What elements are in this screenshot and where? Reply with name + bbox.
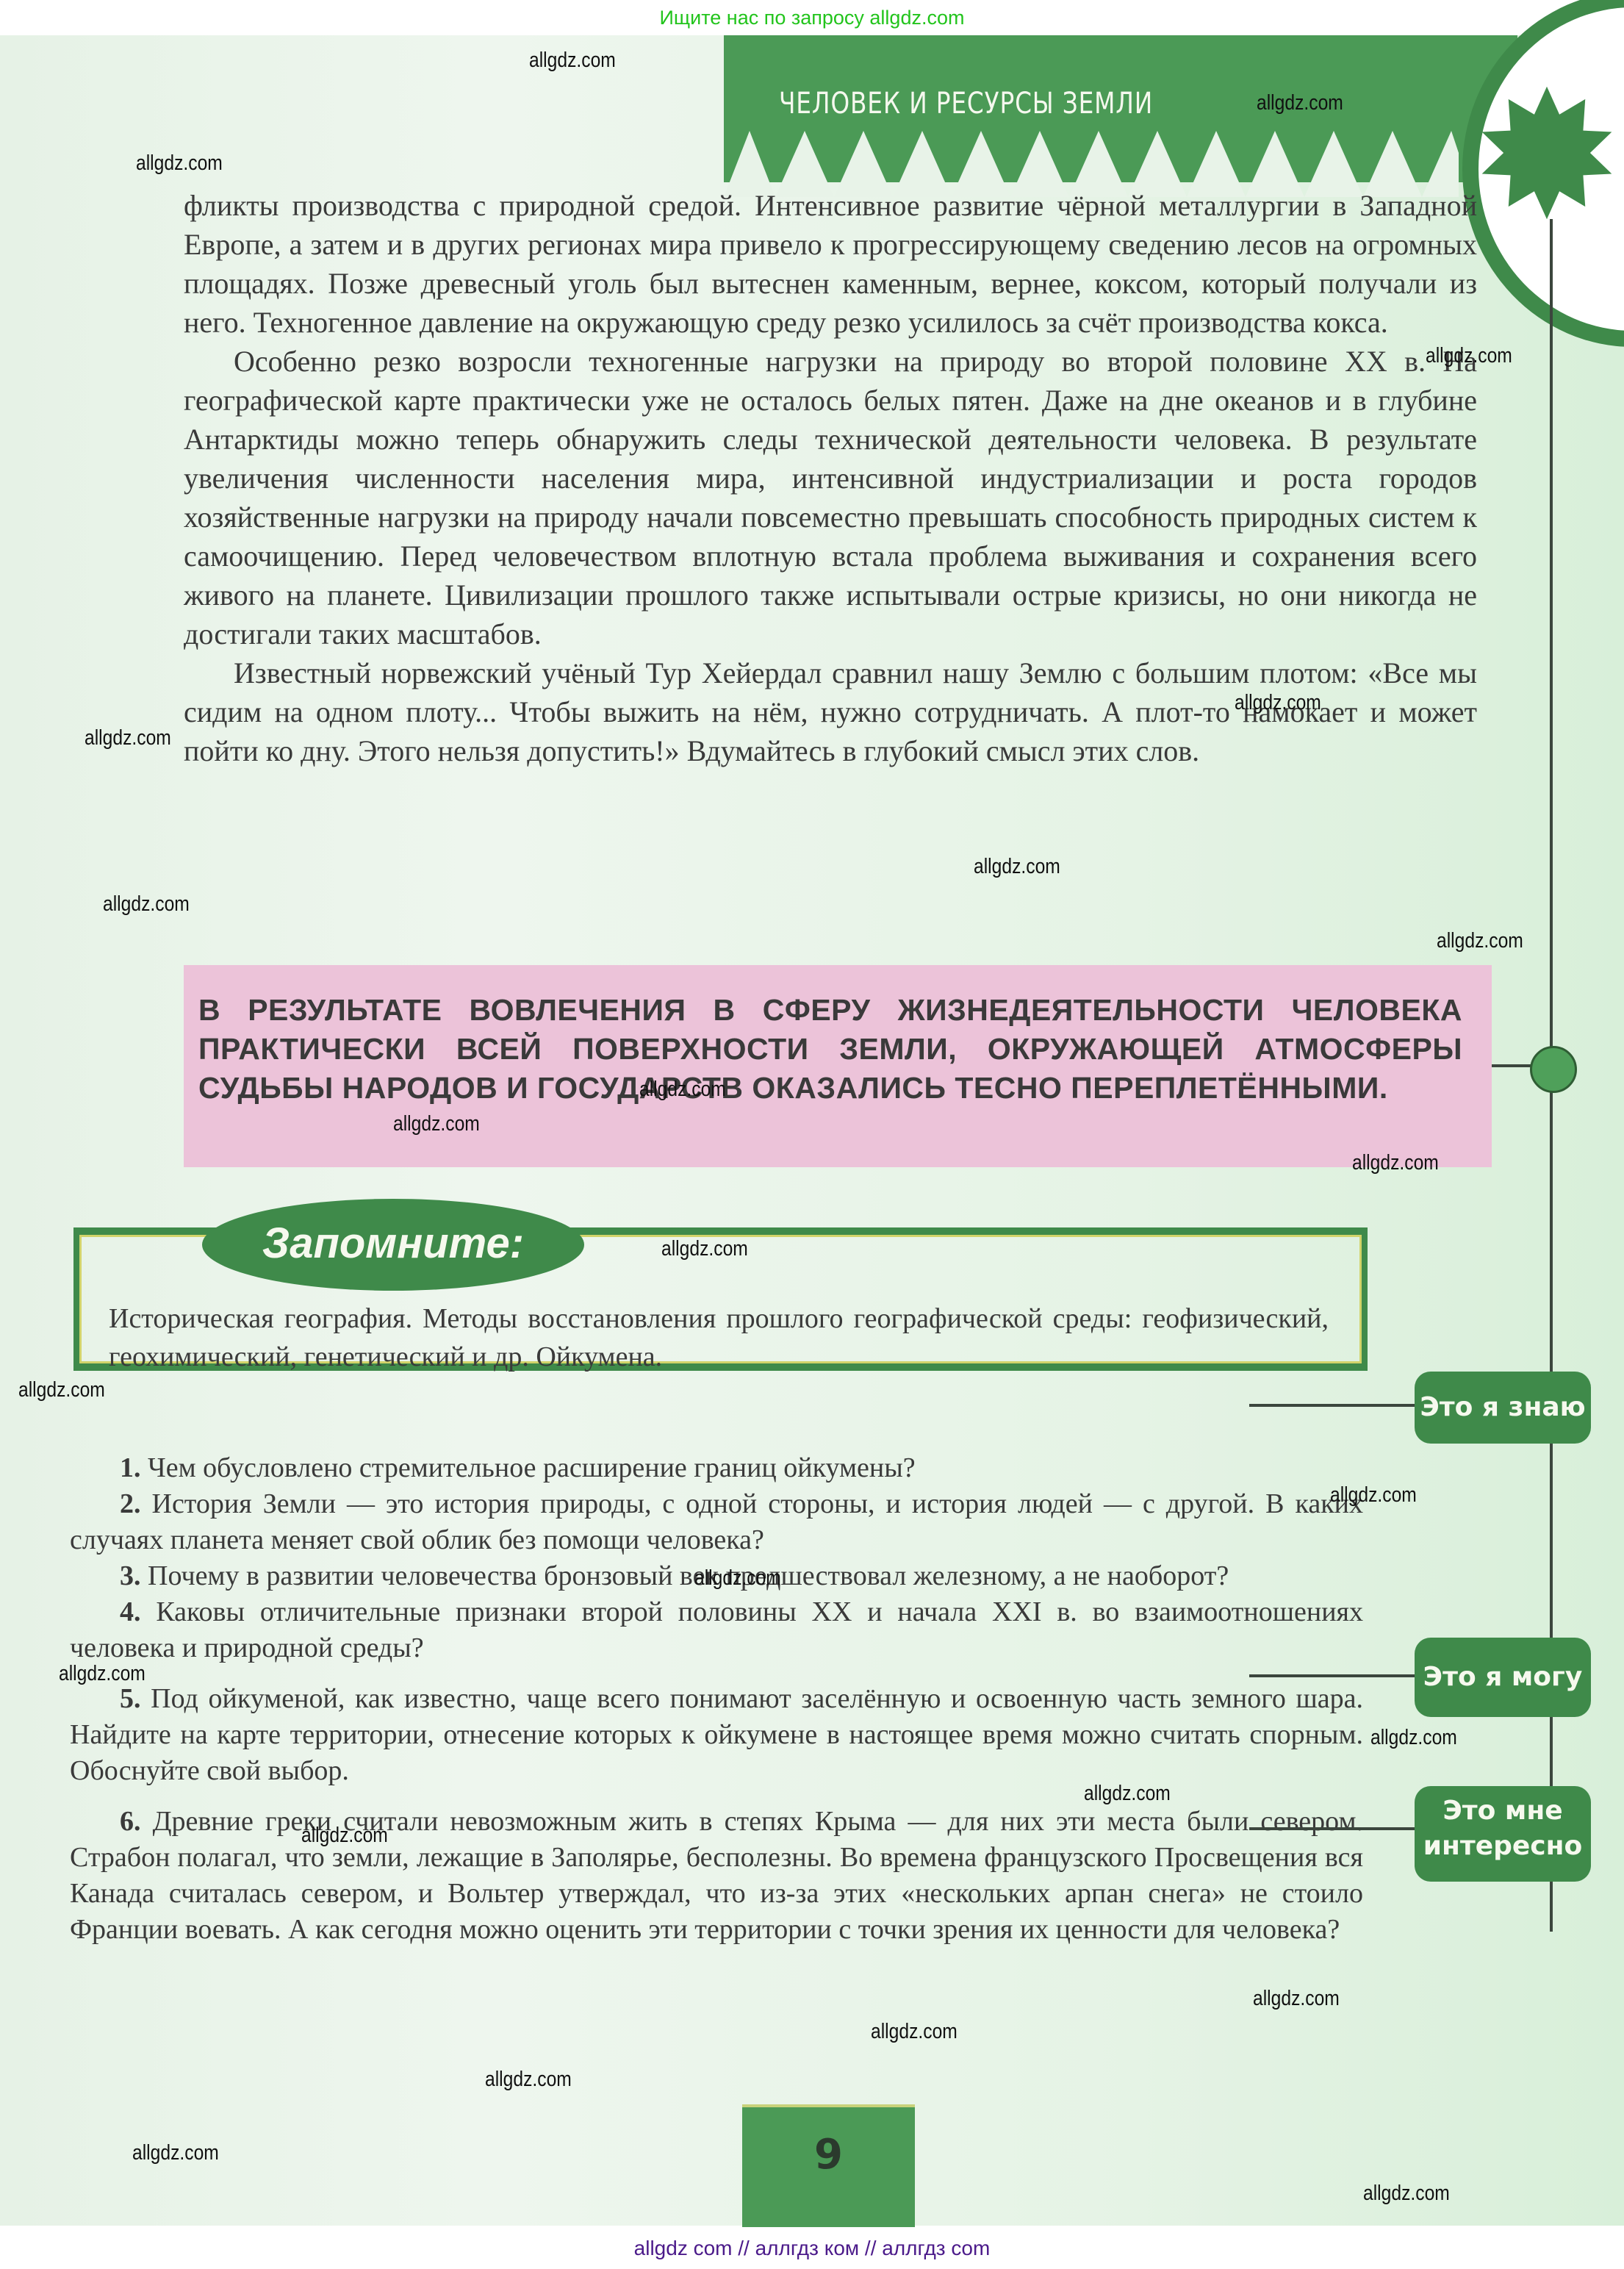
question-item: 6. Древние греки считали невозможным жит… [70,1804,1363,1948]
paragraph: фликты производства с природной средой. … [184,186,1477,342]
watermark[interactable]: allgdz.com [974,855,1060,879]
watermark[interactable]: allgdz.com [85,726,171,750]
highlight-text: В РЕЗУЛЬТАТЕ ВОВЛЕЧЕНИЯ В СФЕРУ ЖИЗНЕДЕЯ… [198,991,1462,1108]
watermark[interactable]: allgdz.com [1437,929,1523,953]
bottom-banner[interactable]: allgdz com // аллгдз ком // аллгдз com [0,2227,1624,2269]
question-text: Каковы отличительные признаки второй пол… [70,1596,1363,1663]
paragraph: Особенно резко возросли техногенные нагр… [184,342,1477,653]
remember-label: Запомните: [202,1199,584,1291]
watermark[interactable]: allgdz.com [132,2141,219,2165]
watermark[interactable]: allgdz.com [661,1237,748,1261]
question-text: Почему в развитии человечества бронзовый… [148,1560,1229,1591]
watermark[interactable]: allgdz.com [1330,1483,1417,1508]
watermark[interactable]: allgdz.com [1352,1151,1439,1175]
timeline-node [1530,1046,1577,1093]
textbook-page: ЧЕЛОВЕК И РЕСУРСЫ ЗЕМЛИ фликты производс… [0,35,1624,2226]
badge-this-i-can: Это я могу [1415,1638,1591,1717]
question-number: 6. [120,1806,141,1837]
connector-line [1249,1404,1418,1407]
body-text: фликты производства с природной средой. … [184,186,1477,770]
remember-text: Историческая география. Методы восстанов… [109,1300,1329,1376]
badge-line: интересно [1415,1829,1591,1864]
badge-this-is-interesting: Это мне интересно [1415,1786,1591,1882]
watermark[interactable]: allgdz.com [1257,91,1343,115]
watermark[interactable]: allgdz.com [18,1378,105,1402]
connector-line [1249,1674,1418,1677]
watermark[interactable]: allgdz.com [1426,344,1512,368]
watermark[interactable]: allgdz.com [136,151,223,176]
question-number: 3. [120,1560,141,1591]
top-banner[interactable]: Ищите нас по запросу allgdz.com [0,0,1624,35]
watermark[interactable]: allgdz.com [1084,1782,1171,1806]
watermark[interactable]: allgdz.com [485,2068,572,2092]
watermark[interactable]: allgdz.com [529,49,616,73]
watermark[interactable]: allgdz.com [1363,2182,1450,2206]
connector-line [1249,1827,1418,1830]
questions-list: 1. Чем обусловлено стремительное расшире… [70,1450,1363,1948]
watermark[interactable]: allgdz.com [639,1078,726,1102]
watermark[interactable]: allgdz.com [694,1566,781,1591]
question-text: Чем обусловлено стремительное расширение… [148,1452,916,1483]
chapter-title: ЧЕЛОВЕК И РЕСУРСЫ ЗЕМЛИ [779,87,1153,121]
question-text: Под ойкуменой, как известно, чаще всего … [70,1683,1363,1786]
question-number: 4. [120,1596,141,1627]
question-item: 5. Под ойкуменой, как известно, чаще все… [70,1681,1363,1789]
watermark[interactable]: allgdz.com [301,1824,388,1848]
watermark[interactable]: allgdz.com [1370,1726,1457,1750]
connector-line [1492,1064,1536,1067]
star-icon [1477,83,1617,223]
question-item: 4. Каковы отличительные признаки второй … [70,1594,1363,1666]
question-item: 1. Чем обусловлено стремительное расшире… [70,1450,1363,1486]
question-text: Древние греки считали невозможным жить в… [70,1806,1363,1945]
question-text: История Земли — это история природы, с о… [70,1488,1363,1555]
page-number: 9 [742,2104,915,2229]
question-number: 5. [120,1683,141,1714]
badge-line: Это мне [1415,1793,1591,1829]
watermark[interactable]: allgdz.com [1253,1987,1340,2011]
watermark[interactable]: allgdz.com [59,1662,145,1686]
question-number: 1. [120,1452,141,1483]
badge-this-i-know: Это я знаю [1415,1372,1591,1444]
watermark[interactable]: allgdz.com [103,892,190,917]
question-number: 2. [120,1488,141,1519]
watermark[interactable]: allgdz.com [393,1112,480,1136]
watermark[interactable]: allgdz.com [871,2020,957,2044]
watermark[interactable]: allgdz.com [1235,691,1321,715]
question-item: 2. История Земли — это история природы, … [70,1486,1363,1558]
